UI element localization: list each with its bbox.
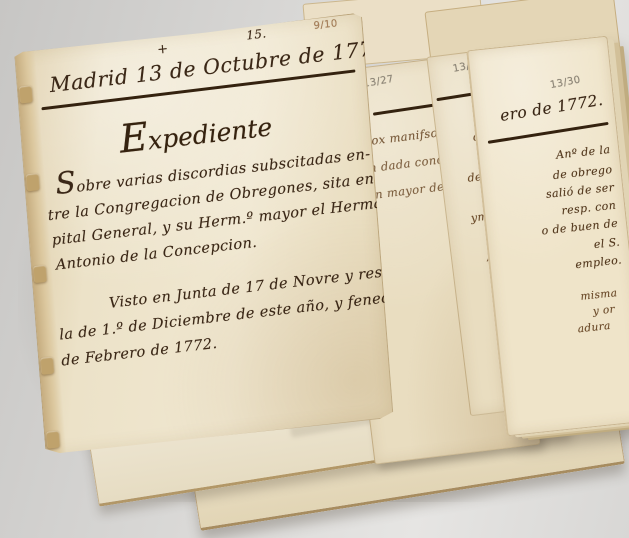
spine-stitch — [46, 430, 60, 448]
spine-stitch — [26, 173, 40, 191]
ink-rule — [488, 122, 609, 144]
pencil-folio-number: 13/30 — [549, 74, 581, 91]
pencil-folio-number: 9/10 — [313, 18, 338, 32]
manuscript-photo: 13/25 oteccion les de Hosp 1771 13/27 Re… — [0, 0, 629, 538]
spine-stitch — [19, 85, 33, 103]
folio-number: 15. — [246, 26, 267, 42]
main-document: + 15. 9/10 Madrid 13 de Octubre de 1771.… — [14, 12, 394, 457]
spine-stitch — [33, 265, 47, 283]
spine-stitch — [40, 357, 54, 375]
document-title-fragment: ero de 1772. — [499, 91, 605, 125]
cross-mark: + — [157, 42, 169, 58]
